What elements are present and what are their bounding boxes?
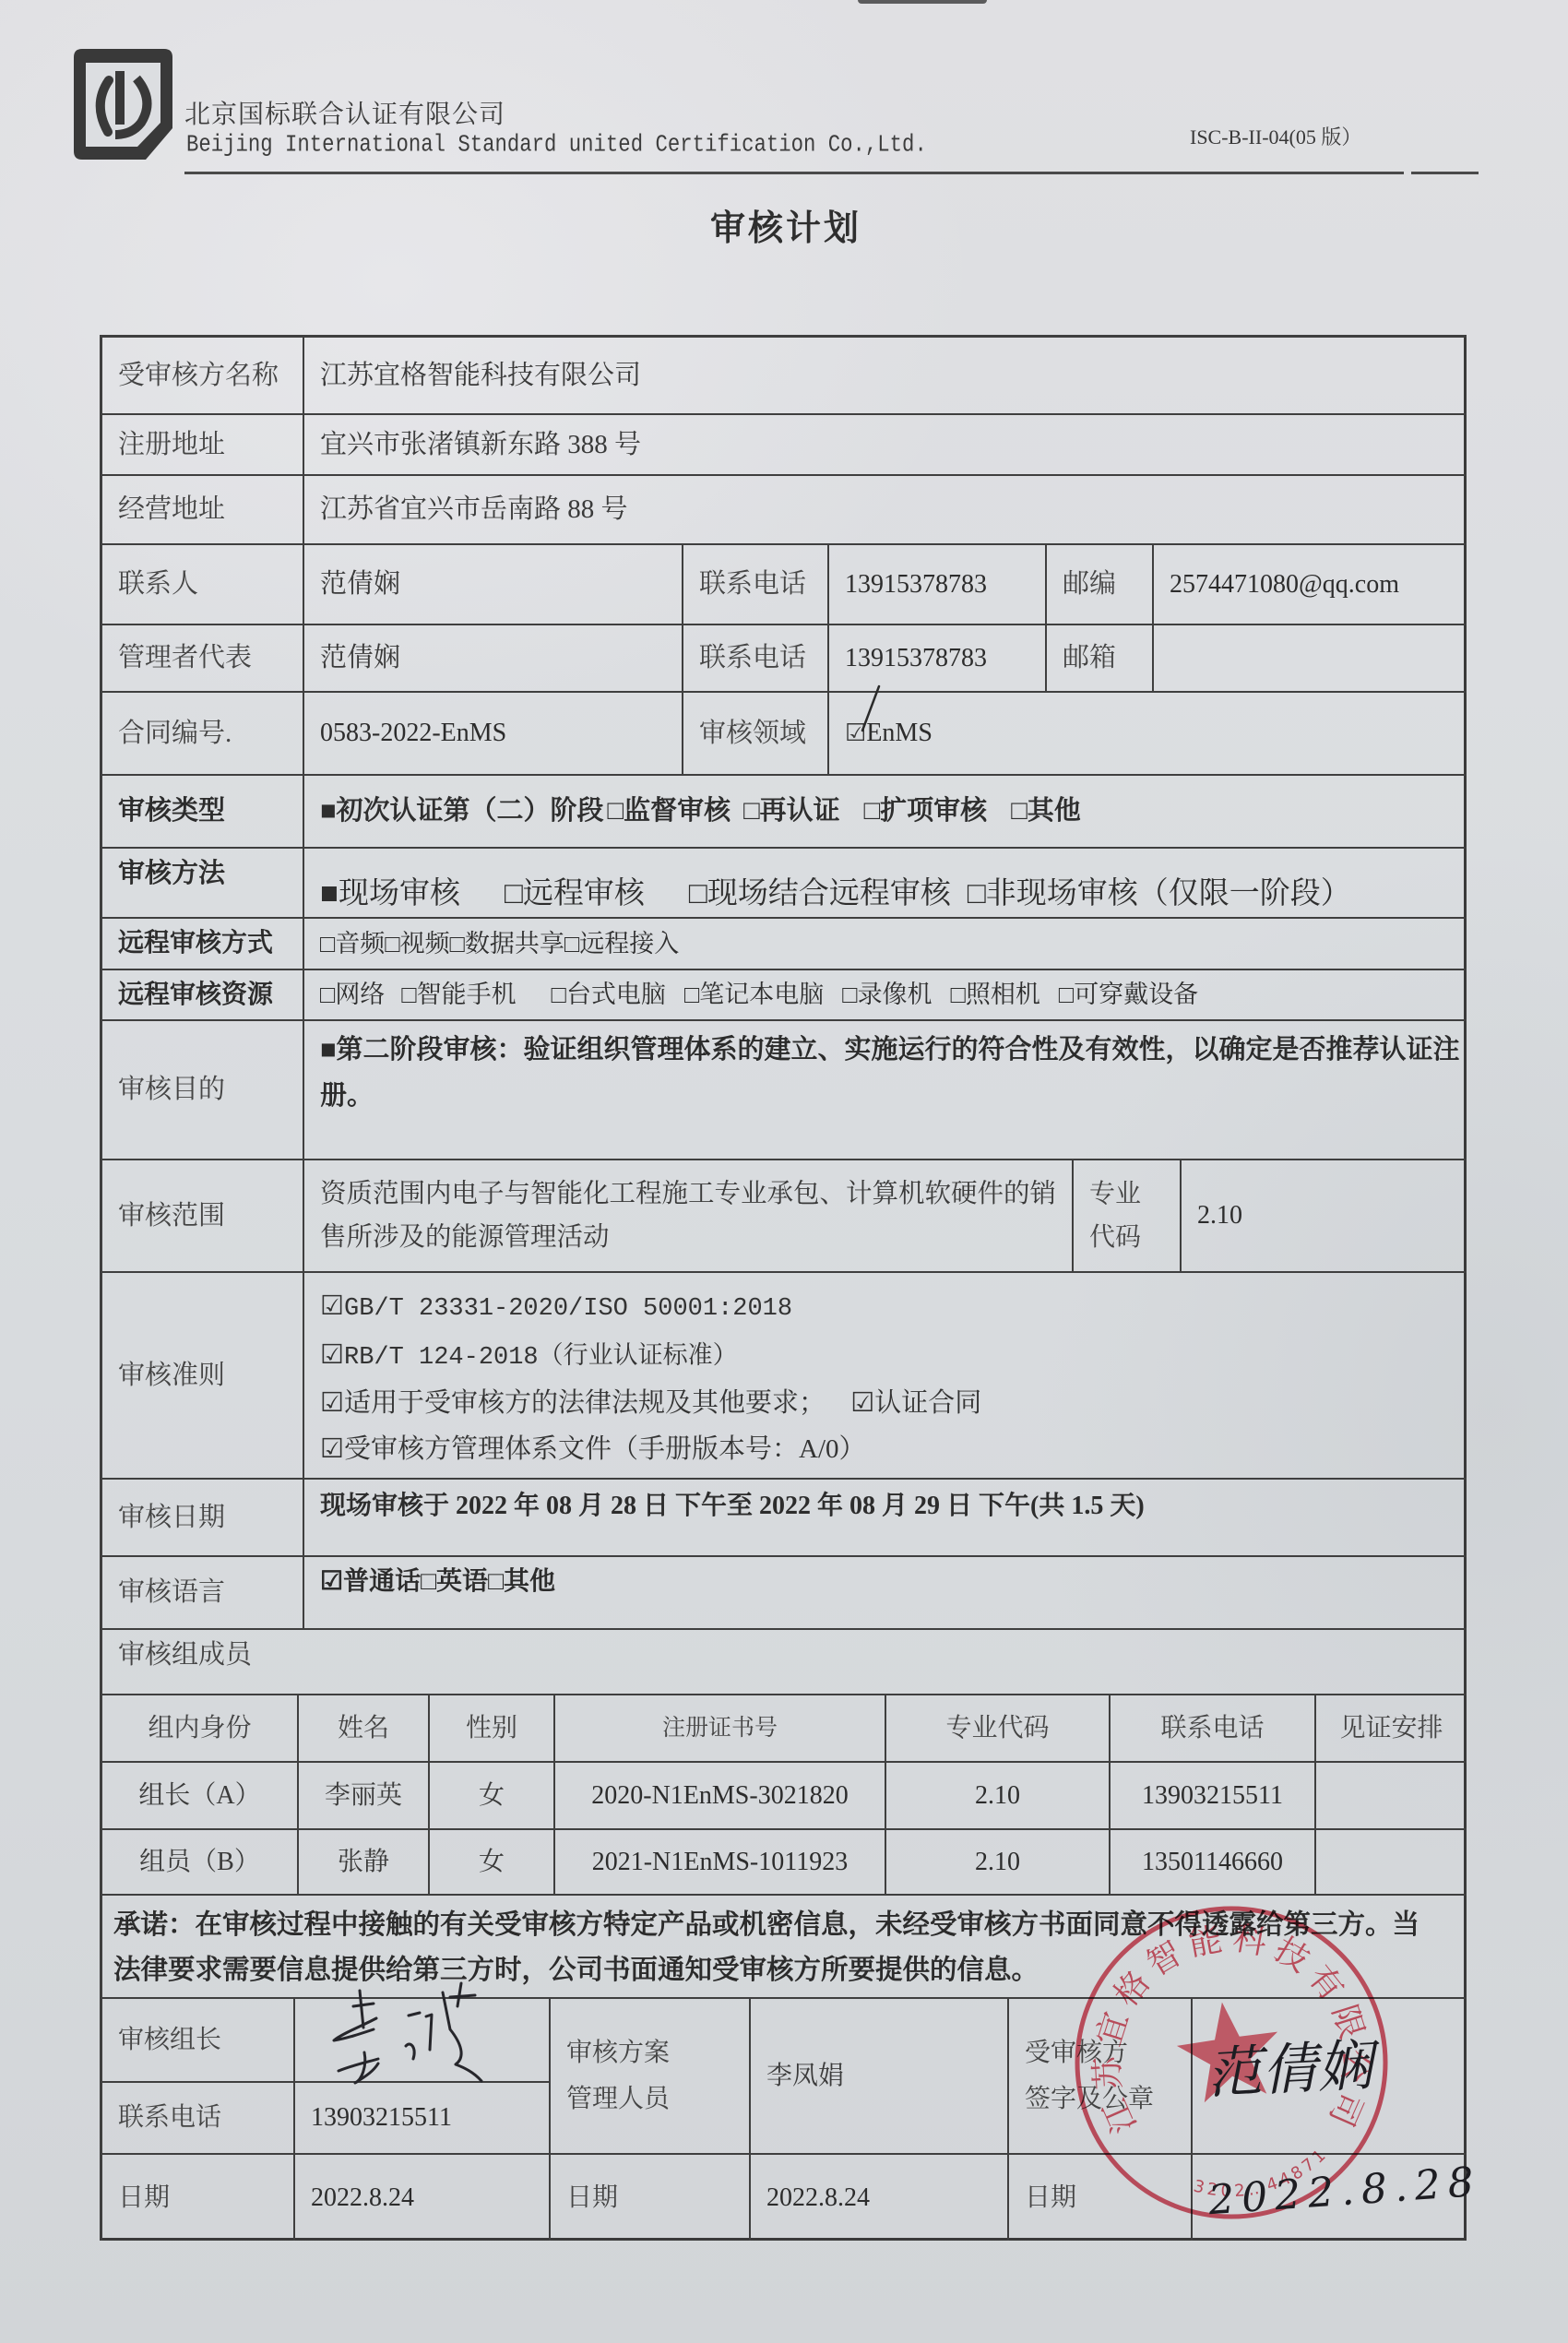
- resource-network: □网络: [320, 980, 385, 1009]
- contact-phone: 13915378783: [827, 543, 1045, 624]
- audit-scope-line-1: 资质范围内电子与智能化工程施工专业承包、计算机软硬件的销: [320, 1172, 1056, 1216]
- audit-type-initial: ■初次认证第（二）阶段: [320, 795, 604, 827]
- checkbox-checked-icon: ☑: [320, 1566, 343, 1598]
- audit-language-options: ☑普通话 □英语 □其他: [303, 1555, 1467, 1628]
- remote-mode-video: □视频: [385, 929, 449, 958]
- label-leader-date: 日期: [100, 2153, 293, 2241]
- leader-date: 2022.8.24: [293, 2153, 549, 2241]
- criteria-rbt124: ☑RB/T 124-2018（行业认证标准）: [320, 1333, 1467, 1382]
- checkbox-empty-icon: □: [1011, 795, 1028, 827]
- label-leader-phone: 联系电话: [100, 2081, 293, 2153]
- team-row-2-name: 张静: [297, 1828, 428, 1894]
- label-audit-date: 审核日期: [100, 1478, 303, 1555]
- checkbox-filled-icon: ■: [320, 879, 339, 910]
- team-col-code: 专业代码: [885, 1694, 1109, 1761]
- mgmt-email: [1152, 624, 1467, 691]
- label-remote-mode: 远程审核方式: [100, 917, 303, 969]
- team-row-2-cert-no: 2021-N1EnMS-1011923: [553, 1828, 885, 1894]
- audit-criteria: ☑GB/T 23331-2020/ISO 50001:2018 ☑RB/T 12…: [303, 1271, 1467, 1478]
- label-reg-address: 注册地址: [100, 413, 303, 474]
- team-row-1-witness: [1314, 1761, 1467, 1828]
- checkbox-checked-icon: ☑: [320, 1340, 344, 1370]
- mgmt-phone: 13915378783: [827, 624, 1045, 691]
- handwritten-check-icon: [853, 683, 890, 738]
- audit-date: 现场审核于 2022 年 08 月 28 日 下午至 2022 年 08 月 2…: [303, 1478, 1467, 1555]
- checkbox-checked-icon: ☑: [320, 1434, 344, 1464]
- label-mgmt-rep: 管理者代表: [100, 624, 303, 691]
- issuer-name-cn: 北京国标联合认证有限公司: [184, 94, 505, 131]
- audit-purpose-line-1: ■第二阶段审核：验证组织管理体系的建立、实施运行的符合性及有效性，以确定是否推荐…: [320, 1027, 1467, 1073]
- checkbox-empty-icon: □: [450, 929, 465, 958]
- checkbox-empty-icon: □: [421, 1566, 436, 1598]
- issuer-name-en: Beijing International Standard united Ce…: [186, 130, 927, 159]
- remote-mode-options: □音频 □视频 □数据共享 □远程接入: [303, 917, 1467, 969]
- checkbox-checked-icon: ☑: [320, 1291, 344, 1321]
- criteria-iso50001: ☑GB/T 23331-2020/ISO 50001:2018: [320, 1284, 1467, 1333]
- label-audit-scope: 审核范围: [100, 1159, 303, 1271]
- checkbox-empty-icon: □: [951, 980, 966, 1009]
- team-row-1-cert-no: 2020-N1EnMS-3021820: [553, 1761, 885, 1828]
- audit-purpose-line-2: 册。: [320, 1073, 1467, 1119]
- audit-method-offsite: □非现场审核（仅限一阶段）: [968, 879, 1351, 910]
- audit-purpose: ■第二阶段审核：验证组织管理体系的建立、实施运行的符合性及有效性，以确定是否推荐…: [303, 1019, 1467, 1159]
- label-audit-criteria: 审核准则: [100, 1271, 303, 1478]
- label-contact-phone: 联系电话: [682, 543, 827, 624]
- resource-video-recorder: □录像机: [842, 980, 932, 1009]
- page-title: 审核计划: [710, 199, 861, 250]
- label-audit-type: 审核类型: [100, 774, 303, 847]
- mgmt-rep-name: 范倩娴: [303, 624, 682, 691]
- label-program-date: 日期: [549, 2153, 749, 2241]
- label-contact: 联系人: [100, 543, 303, 624]
- contact-name: 范倩娴: [303, 543, 682, 624]
- checkbox-empty-icon: □: [552, 980, 566, 1009]
- checkbox-empty-icon: □: [1059, 980, 1074, 1009]
- label-team-leader: 审核组长: [100, 1997, 293, 2081]
- label-program-manager: 审核方案 管理人员: [549, 1997, 749, 2153]
- isc-logo-icon: [74, 49, 172, 160]
- label-remote-resource: 远程审核资源: [100, 969, 303, 1019]
- audit-domain: ☑ EnMS: [827, 691, 1467, 774]
- criteria-contract: ☑认证合同: [850, 1388, 981, 1418]
- checkbox-empty-icon: □: [842, 980, 857, 1009]
- criteria-line-3: ☑适用于受审核方的法律法规及其他要求； ☑认证合同: [320, 1381, 1467, 1427]
- audit-method-onsite: ■现场审核: [320, 879, 460, 910]
- resource-desktop: □台式电脑: [552, 980, 666, 1009]
- label-audit-method: 审核方法: [100, 847, 303, 917]
- form-code: ISC-B-II-04(05 版）: [1190, 122, 1361, 150]
- header-rule-end: [1411, 172, 1479, 174]
- team-row-2-role: 组员（B）: [100, 1828, 297, 1894]
- checkbox-empty-icon: □: [320, 929, 335, 958]
- program-date: 2022.8.24: [749, 2153, 1007, 2241]
- audit-type-options: ■初次认证第（二）阶段 □监督审核 □再认证 □扩项审核 □其他: [303, 774, 1467, 847]
- team-col-role: 组内身份: [100, 1694, 297, 1761]
- checkbox-empty-icon: □: [505, 879, 523, 910]
- resource-wearable: □可穿戴设备: [1059, 980, 1198, 1009]
- label-audit-language: 审核语言: [100, 1555, 303, 1628]
- audit-method-remote: □远程审核: [505, 879, 645, 910]
- team-row-1-name: 李丽英: [297, 1761, 428, 1828]
- remote-mode-remote-access: □远程接入: [564, 929, 679, 958]
- label-audit-domain: 审核领域: [682, 691, 827, 774]
- checkbox-filled-icon: ■: [320, 795, 337, 827]
- criteria-laws: ☑适用于受审核方的法律法规及其他要求；: [320, 1388, 826, 1418]
- audit-type-recert: □再认证: [743, 795, 840, 827]
- checkbox-filled-icon: ■: [320, 1035, 337, 1064]
- remote-mode-audio: □音频: [320, 929, 385, 958]
- checkbox-empty-icon: □: [684, 980, 699, 1009]
- language-english: □英语: [421, 1566, 488, 1598]
- team-row-1-role: 组长（A）: [100, 1761, 297, 1828]
- checkbox-empty-icon: □: [488, 1566, 504, 1598]
- team-col-name: 姓名: [297, 1694, 428, 1761]
- resource-camera: □照相机: [951, 980, 1040, 1009]
- audit-type-other: □其他: [1011, 795, 1081, 827]
- auditee-name: 江苏宜格智能科技有限公司: [303, 335, 1467, 413]
- resource-smartphone: □智能手机: [401, 980, 516, 1009]
- audit-type-extension: □扩项审核: [864, 795, 988, 827]
- team-row-1-phone: 13903215511: [1109, 1761, 1314, 1828]
- label-audit-purpose: 审核目的: [100, 1019, 303, 1159]
- team-col-gender: 性别: [428, 1694, 553, 1761]
- reg-address: 宜兴市张渚镇新东路 388 号: [303, 413, 1467, 474]
- program-manager-name: 李凤娟: [749, 1997, 1007, 2153]
- contract-no: 0583-2022-EnMS: [303, 691, 682, 774]
- resource-laptop: □笔记本电脑: [684, 980, 824, 1009]
- shadow-mark: [858, 0, 987, 4]
- specialty-code: 2.10: [1180, 1159, 1467, 1271]
- checkbox-empty-icon: □: [743, 795, 760, 827]
- label-biz-address: 经营地址: [100, 474, 303, 543]
- audit-method-hybrid: □现场结合远程审核: [689, 879, 951, 910]
- team-row-1-code: 2.10: [885, 1761, 1109, 1828]
- team-row-2-phone: 13501146660: [1109, 1828, 1314, 1894]
- team-row-2-gender: 女: [428, 1828, 553, 1894]
- label-contract-no: 合同编号.: [100, 691, 303, 774]
- checkbox-checked-icon: ☑: [850, 1388, 874, 1418]
- language-mandarin: ☑普通话: [320, 1566, 421, 1598]
- checkbox-empty-icon: □: [608, 795, 624, 827]
- team-leader-signature-icon: [314, 1974, 517, 2094]
- checkbox-empty-icon: □: [320, 980, 335, 1009]
- audit-method-options: ■现场审核 □远程审核 □现场结合远程审核 □非现场审核（仅限一阶段）: [303, 847, 1467, 917]
- audit-scope-line-2: 售所涉及的能源管理活动: [320, 1216, 610, 1259]
- team-row-2-witness: [1314, 1828, 1467, 1894]
- audit-type-surveillance: □监督审核: [608, 795, 731, 827]
- language-other: □其他: [488, 1566, 555, 1598]
- checkbox-empty-icon: □: [385, 929, 399, 958]
- remote-mode-data-sharing: □数据共享: [450, 929, 564, 958]
- team-row-2-code: 2.10: [885, 1828, 1109, 1894]
- label-audit-team: 审核组成员: [100, 1628, 1467, 1694]
- team-row-1-gender: 女: [428, 1761, 553, 1828]
- header-rule: [184, 172, 1404, 174]
- checkbox-empty-icon: □: [401, 980, 416, 1009]
- team-col-witness: 见证安排: [1314, 1694, 1467, 1761]
- biz-address: 江苏省宜兴市岳南路 88 号: [303, 474, 1467, 543]
- label-email: 邮箱: [1045, 624, 1152, 691]
- label-specialty-code: 专业 代码: [1072, 1159, 1180, 1271]
- document-photo: 北京国标联合认证有限公司 Beijing International Stand…: [0, 0, 1568, 2343]
- auditee-handwritten-signature: 范倩娴: [1205, 2021, 1374, 2109]
- criteria-mgmt-docs: ☑受审核方管理体系文件（手册版本号：A/0）: [320, 1427, 1467, 1473]
- team-col-cert-no: 注册证书号: [553, 1694, 885, 1761]
- checkbox-checked-icon: ☑: [320, 1388, 344, 1418]
- audit-scope: 资质范围内电子与智能化工程施工专业承包、计算机软硬件的销 售所涉及的能源管理活动: [303, 1159, 1072, 1271]
- contact-email: 2574471080@qq.com: [1152, 543, 1467, 624]
- remote-resource-options: □网络 □智能手机 □台式电脑 □笔记本电脑 □录像机 □照相机 □可穿戴设备: [303, 969, 1467, 1019]
- label-mgmt-phone: 联系电话: [682, 624, 827, 691]
- checkbox-empty-icon: □: [689, 879, 707, 910]
- checkbox-empty-icon: □: [864, 795, 881, 827]
- label-auditee-name: 受审核方名称: [100, 335, 303, 413]
- checkbox-empty-icon: □: [564, 929, 579, 958]
- label-postcode: 邮编: [1045, 543, 1152, 624]
- team-col-phone: 联系电话: [1109, 1694, 1314, 1761]
- checkbox-empty-icon: □: [968, 879, 986, 910]
